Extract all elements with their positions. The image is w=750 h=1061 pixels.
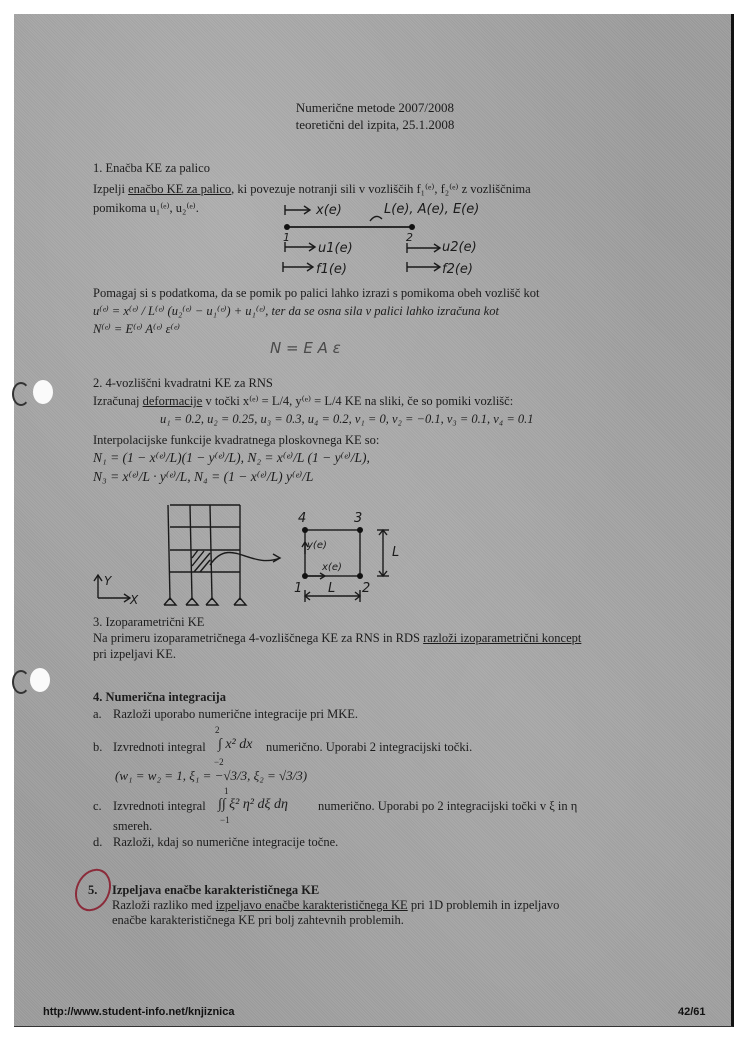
q1-underlined: enačbo KE za palico [128,182,231,196]
q3-heading: 3. Izoparametrični KE [93,614,204,630]
local-y-label: y(e) [306,540,327,551]
q4-a-text: Razloži uporabo numerične integracije pr… [113,706,358,722]
side-vertical-label: L [392,545,399,560]
q4-c-text-a: Izvrednoti integral [113,798,206,814]
document-title: Numerične metode 2007/2008 [0,100,750,116]
node-3-label: 3 [354,511,362,526]
node-1-label: 1 [283,231,290,244]
q1-text-b: , ki povezuje notranji sili v vozliščih … [231,182,531,196]
q4-c-text-c: smereh. [113,818,152,834]
q4-d-label: d. [93,834,102,850]
q4-a-label: a. [93,706,102,722]
node-4-label: 4 [298,511,306,526]
bar-properties-label: L(e), A(e), E(e) [384,202,479,217]
q4-d-text: Razloži, kdaj so numerične integracije t… [113,834,338,850]
q2-text-b: v točki x⁽ᵉ⁾ = L/4, y⁽ᵉ⁾ = L/4 KE na sli… [202,394,513,408]
global-x-label: X [129,593,139,607]
q5-text-line1: Razloži razliko med izpeljavo enačbe kar… [112,897,559,913]
q2-interp-line2: N₃ = x⁽ᵉ⁾/L · y⁽ᵉ⁾/L, N₄ = (1 − x⁽ᵉ⁾/L) … [93,469,313,485]
footer-page-number: 42/61 [678,1006,706,1018]
u2-label: u2(e) [442,240,477,255]
q5-text-line2: enačbe karakterističnega KE pri bolj zah… [112,912,404,928]
q5-underlined: izpeljavo enačbe karakterističnega KE [216,898,408,912]
q4-b-text-a: Izvrednoti integral [113,739,206,755]
f1-label: f1(e) [316,262,347,277]
q2-text-line1: Izračunaj deformacije v točki x⁽ᵉ⁾ = L/4… [93,393,513,409]
q3-text-line2: pri izpeljavi KE. [93,646,176,662]
q4-c-text-b: numerično. Uporabi po 2 integracijski to… [318,798,577,814]
u1-label: u1(e) [318,241,353,256]
f2-label: f2(e) [442,262,473,277]
node-1-label: 1 [294,581,302,596]
side-horizontal-label: L [328,581,335,596]
q1-text-a: Izpelji [93,182,128,196]
punch-hole-top [33,380,53,404]
bar-element-diagram: x(e) L(e), A(e), E(e) 1 2 u1(e) u2(e) f1… [240,195,520,290]
quad-element-diagram: X Y 1 2 3 4 y(e) x(e) L L [80,490,420,620]
q2-displacements: u₁ = 0.2, u₂ = 0.25, u₃ = 0.3, u₄ = 0.2,… [160,411,534,427]
q4-b-weights: (w₁ = w₂ = 1, ξ₁ = −√3/3, ξ₂ = √3/3) [115,768,307,784]
q2-underlined: deformacije [143,394,203,408]
local-x-label: x(e) [321,562,342,573]
punch-hole-bottom [30,668,50,692]
q4-c-integral: ∫∫ ξ² η² dξ dη [218,797,288,813]
q1-heading: 1. Enačba KE za palico [93,160,210,176]
axis-x-label: x(e) [315,203,342,218]
handwritten-equation: N = E A ε [270,340,341,356]
q4-c-lower-limit: −1 [220,812,230,828]
global-y-label: Y [104,574,113,588]
q1-hint-line2: u⁽ᵉ⁾ = x⁽ᵉ⁾ / L⁽ᵉ⁾ (u₂⁽ᵉ⁾ − u₁⁽ᵉ⁾) + u₁⁽… [93,303,499,319]
q3-underlined: razloži izoparametrični koncept [423,631,581,645]
q4-b-upper-limit: 2 [215,722,220,738]
punch-hole-ring-top [12,382,30,406]
q3-text-line1: Na primeru izoparametričnega 4-vozliščne… [93,630,581,646]
node-2-label: 2 [406,231,413,244]
q5-text-a: Razloži razliko med [112,898,216,912]
q4-b-text-b: numerično. Uporabi 2 integracijski točki… [266,739,472,755]
node-2-label: 2 [362,581,370,596]
q1-text-line2: pomikoma u₁⁽ᵉ⁾, u₂⁽ᵉ⁾. [93,200,199,216]
q2-heading: 2. 4-vozliščni kvadratni KE za RNS [93,375,273,391]
q1-hint-line1: Pomagaj si s podatkoma, da se pomik po p… [93,285,539,301]
q5-text-b: pri 1D problemih in izpeljavo [408,898,560,912]
punch-hole-ring-bottom [12,670,30,694]
q4-b-label: b. [93,739,102,755]
q5-heading-number: 5. [88,882,97,898]
q4-b-integral: ∫ x² dx [218,737,252,753]
q2-interp-label: Interpolacijske funkcije kvadratnega plo… [93,432,379,448]
q2-text-a: Izračunaj [93,394,143,408]
q1-hint-line3: N⁽ᵉ⁾ = E⁽ᵉ⁾ A⁽ᵉ⁾ ε⁽ᵉ⁾ [93,321,180,337]
q5-heading: Izpeljava enačbe karakterističnega KE [112,882,319,898]
q4-heading: 4. Numerična integracija [93,689,226,705]
footer-url: http://www.student-info.net/knjiznica [43,1006,234,1018]
q2-interp-line1: N₁ = (1 − x⁽ᵉ⁾/L)(1 − y⁽ᵉ⁾/L), N₂ = x⁽ᵉ⁾… [93,450,370,466]
document-subtitle: teoretični del izpita, 25.1.2008 [0,117,750,133]
q3-text-a: Na primeru izoparametričnega 4-vozliščne… [93,631,423,645]
q4-c-label: c. [93,798,102,814]
